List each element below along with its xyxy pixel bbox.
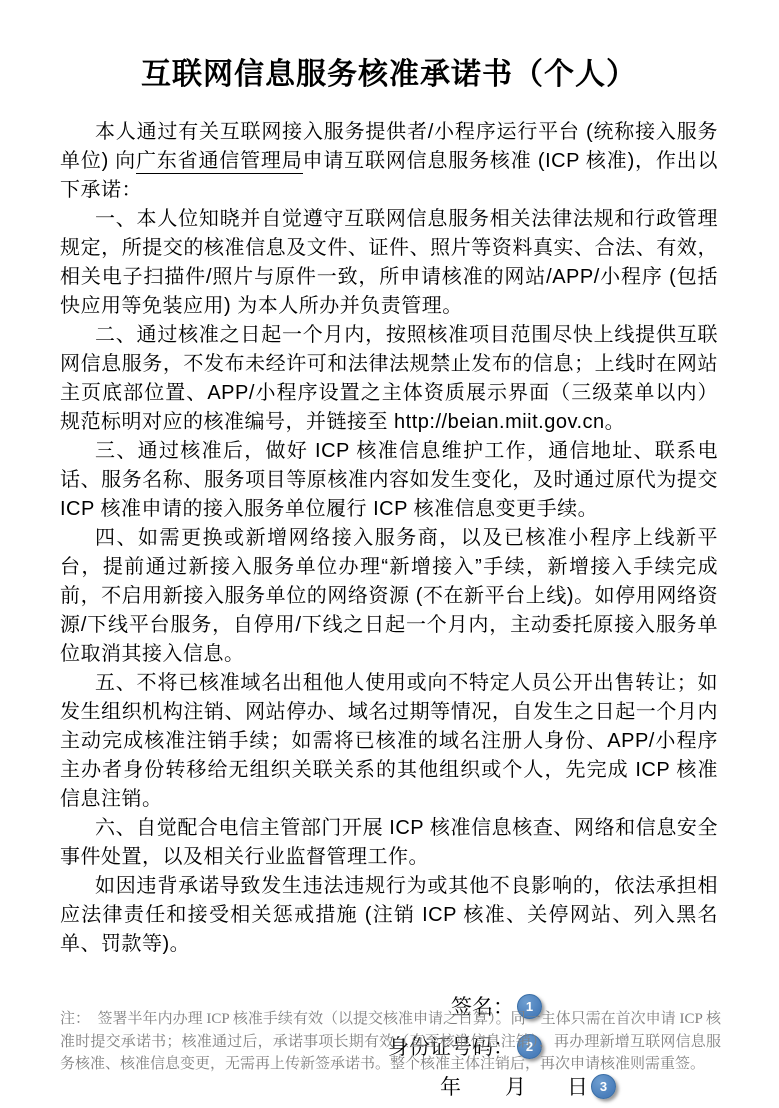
clause-1-paragraph: 一、本人位知晓并自觉遵守互联网信息服务相关法律法规和行政管理规定，所提交的核准信… <box>60 205 718 321</box>
year-label: 年 <box>440 1071 461 1101</box>
closing-paragraph: 如因违背承诺导致发生违法违规行为或其他不良影响的，依法承担相应法律责任和接受相关… <box>60 872 718 959</box>
document-page: 互联网信息服务核准承诺书（个人） 本人通过有关互联网接入服务提供者/小程序运行平… <box>0 0 779 1108</box>
intro-paragraph: 本人通过有关互联网接入服务提供者/小程序运行平台 (统称接入服务单位) 向广东省… <box>60 118 718 205</box>
clause-5-paragraph: 五、不将已核准域名出租他人使用或向不特定人员公开出售转让；如发生组织机构注销、网… <box>60 669 718 814</box>
clause-2-paragraph: 二、通过核准之日起一个月内，按照核准项目范围尽快上线提供互联网信息服务，不发布未… <box>60 321 718 437</box>
clause-4-paragraph: 四、如需更换或新增网络接入服务商，以及已核准小程序上线新平台，提前通过新接入服务… <box>60 524 718 669</box>
month-label: 月 <box>505 1071 526 1101</box>
day-label: 日 <box>567 1071 588 1101</box>
clause-3-paragraph: 三、通过核准后，做好 ICP 核准信息维护工作，通信地址、联系电话、服务名称、服… <box>60 437 718 524</box>
authority-name-underlined: 广东省通信管理局 <box>136 150 303 174</box>
page-title: 互联网信息服务核准承诺书（个人） <box>60 52 718 98</box>
clause-6-paragraph: 六、自觉配合电信主管部门开展 ICP 核准信息核查、网络和信息安全事件处置，以及… <box>60 814 718 872</box>
footnote-note: 注： 签署半年内办理 ICP 核准手续有效（以提交核准申请之日算）。同一主体只需… <box>60 1008 721 1076</box>
field-marker-3-badge: 3 <box>591 1074 616 1099</box>
date-row: 年 月 日 3 <box>440 1072 718 1100</box>
